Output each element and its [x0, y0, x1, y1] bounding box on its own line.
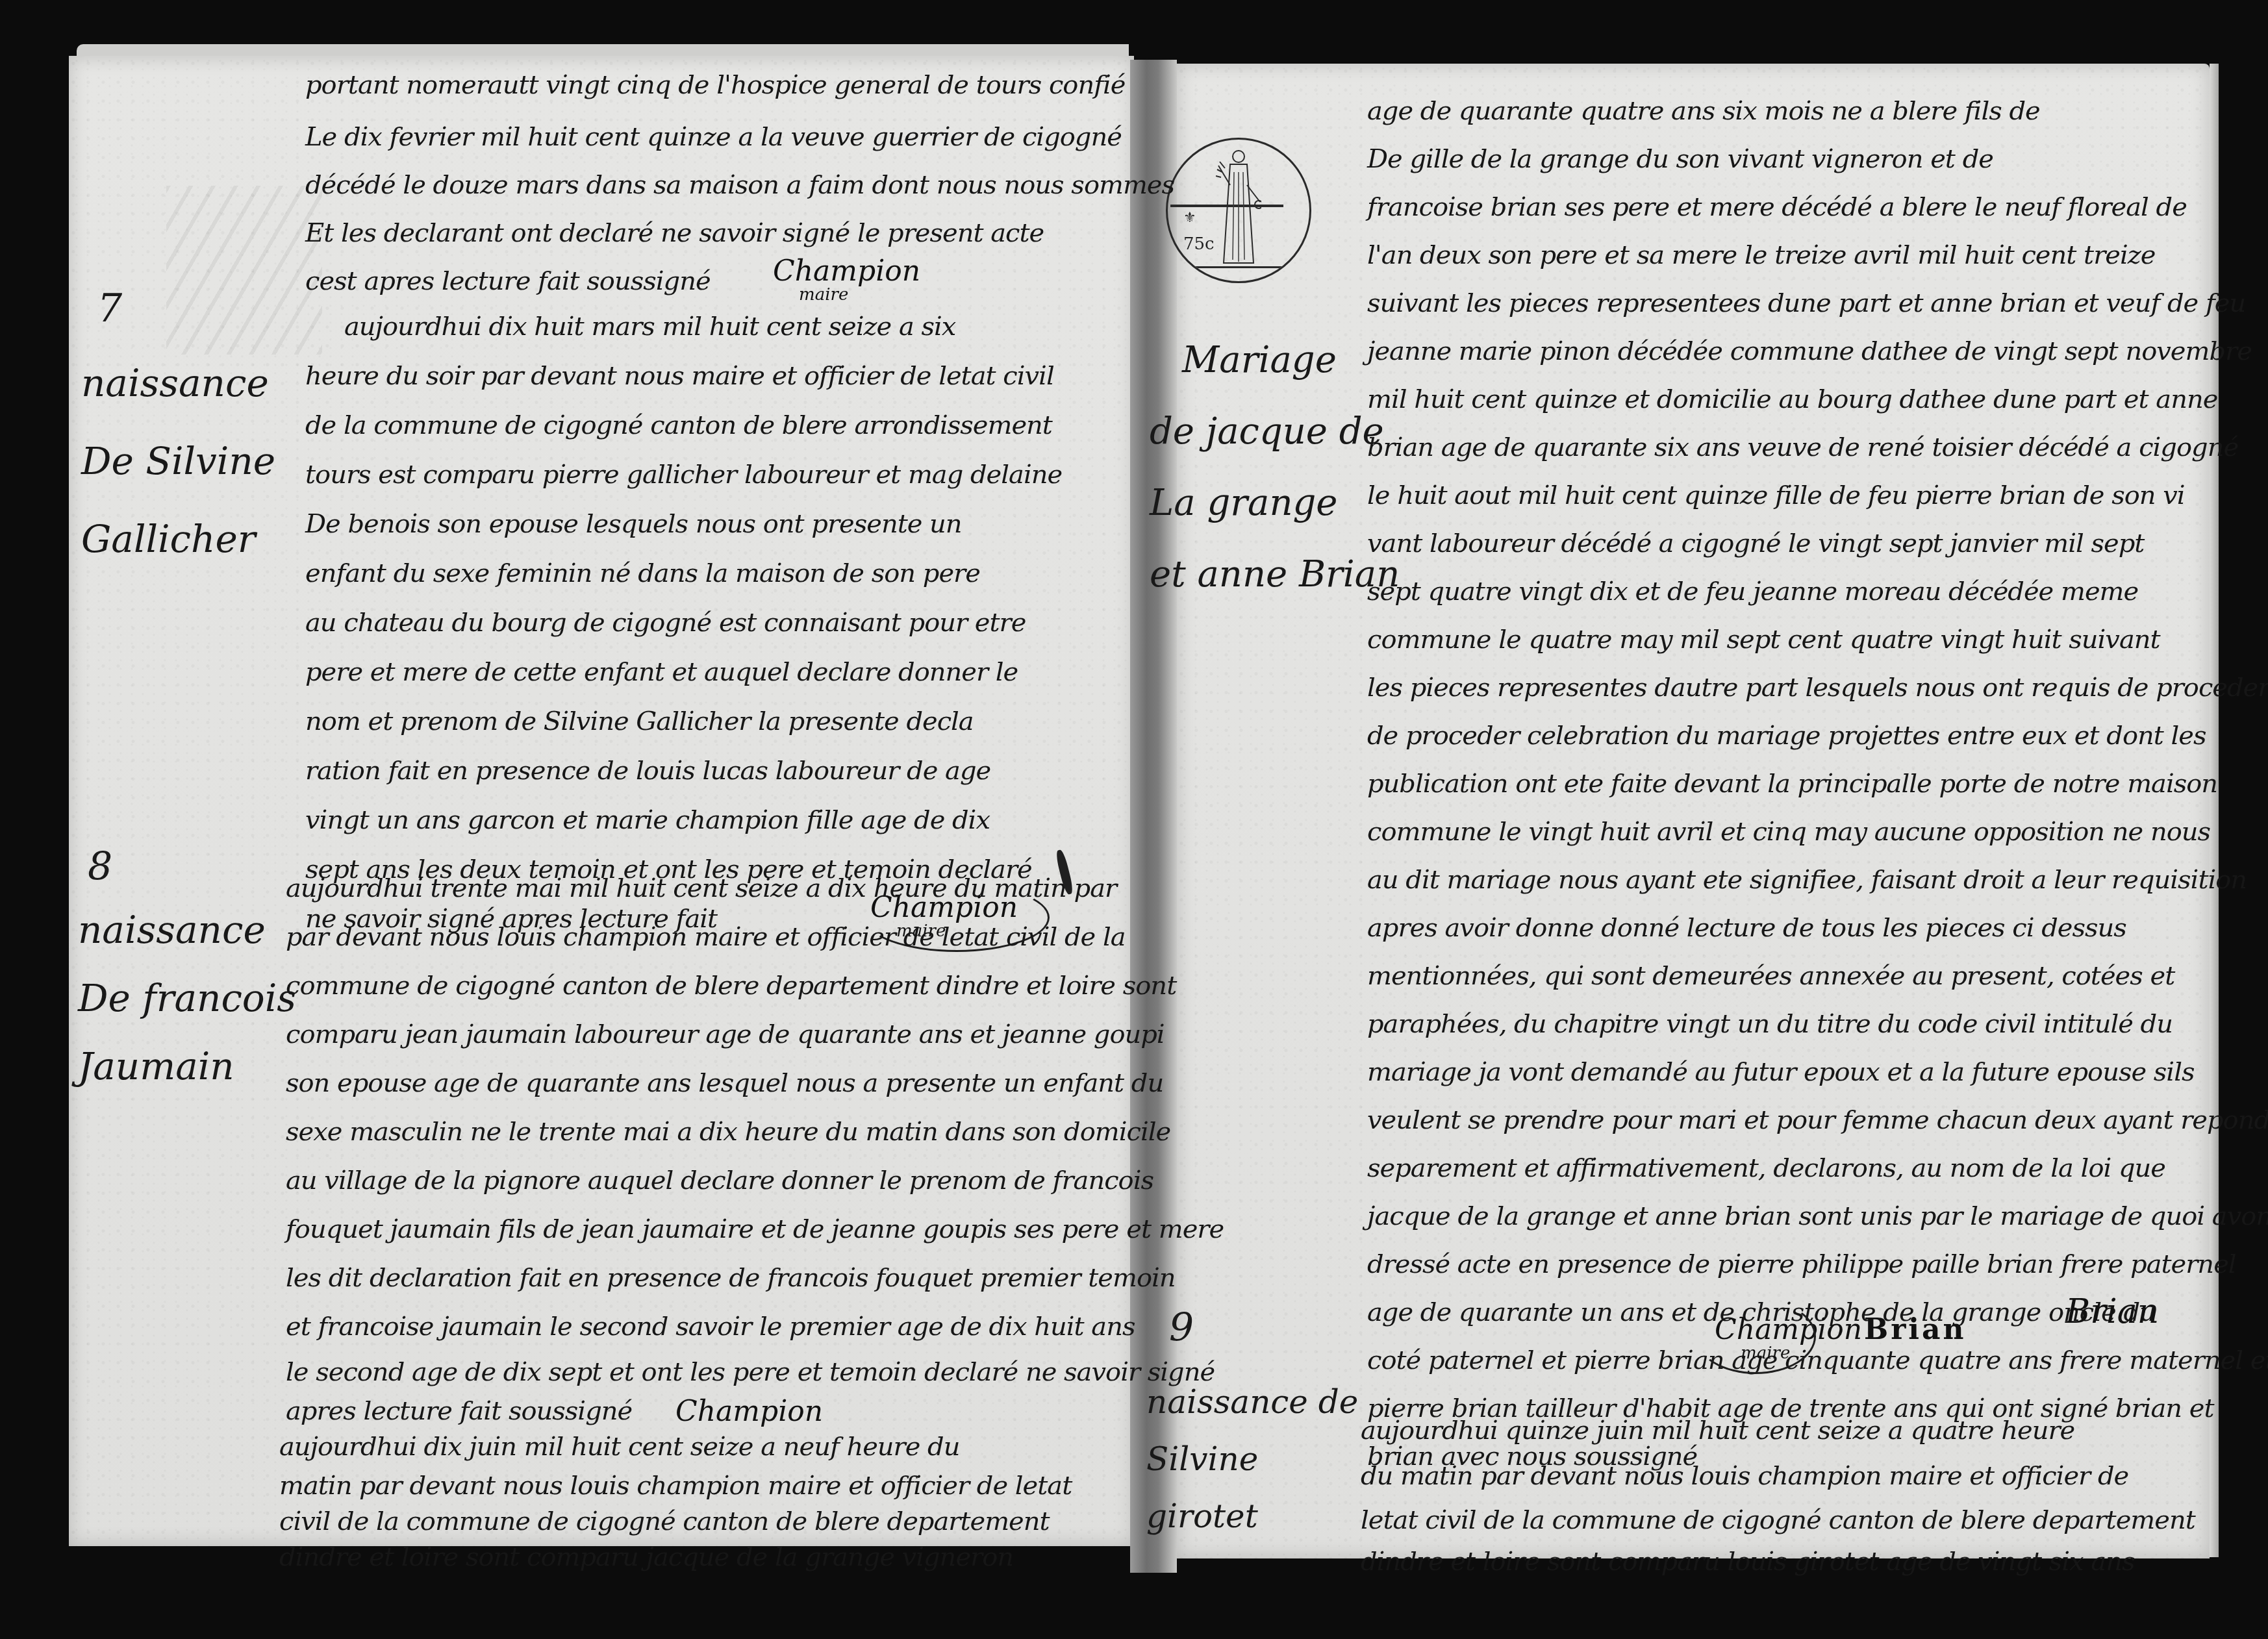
text-line: les dit declaration fait en presence de … [286, 1263, 1176, 1293]
text-line: décédé le douze mars dans sa maison a fa… [305, 170, 1174, 200]
text-line: du matin par devant nous louis champion … [1361, 1461, 2128, 1491]
text-line: dressé acte en presence de pierre philip… [1367, 1249, 2236, 1279]
text-line: separement et affirmativement, declarons… [1367, 1153, 2165, 1183]
text-line: enfant du sexe feminin né dans la maison… [305, 558, 980, 588]
text-line: le huit aout mil huit cent quinze fille … [1367, 481, 2185, 510]
text-line: commune le vingt huit avril et cinq may … [1367, 817, 2210, 847]
text-line: pere et mere de cette enfant et auquel d… [305, 657, 1018, 687]
text-line: commune le quatre may mil sept cent quat… [1367, 625, 2160, 655]
text-line: aujourdhui quinze juin mil huit cent sei… [1361, 1416, 2074, 1445]
witness-signature: Brian [1864, 1313, 1967, 1346]
text-line: par devant nous louis champion maire et … [286, 922, 1126, 952]
text-line: les pieces representes dautre part lesqu… [1367, 673, 2268, 703]
entry-margin-title: naissance De francois Jaumain [78, 896, 296, 1101]
text-line: publication ont ete faite devant la prin… [1367, 769, 2217, 799]
text-line: dindre et loire sont comparu jacque de l… [279, 1542, 1013, 1572]
text-line: aujourdhui dix juin mil huit cent seize … [279, 1432, 959, 1462]
entry-number: 7 [97, 286, 122, 331]
text-line: aujourdhui trente mai mil huit cent seiz… [286, 873, 1116, 903]
text-line: fouquet jaumain fils de jean jaumaire et… [286, 1214, 1224, 1244]
fleur-de-lis-icon: ⚜ [1183, 210, 1196, 226]
entry-number: 9 [1169, 1305, 1194, 1351]
text-line: tours est comparu pierre gallicher labou… [305, 460, 1062, 490]
register-spread: ⚜ 75c portant nomerautt vingt cinq de l'… [0, 0, 2268, 1639]
entry-number: 8 [88, 844, 112, 890]
text-line: age de quarante quatre ans six mois ne a… [1367, 96, 2040, 126]
text-line: l'an deux son pere et sa mere le treize … [1367, 240, 2156, 270]
text-line: aujourdhui dix huit mars mil huit cent s… [344, 312, 955, 342]
text-line: paraphées, du chapitre vingt un du titre… [1367, 1009, 2173, 1039]
text-line: de la commune de cigogné canton de blere… [305, 410, 1052, 440]
text-line: suivant les pieces representees dune par… [1367, 288, 2245, 318]
text-line: jeanne marie pinon décédée commune dathe… [1367, 336, 2252, 366]
text-line: brian age de quarante six ans veuve de r… [1367, 432, 2238, 462]
entry-margin-title: naissance De Silvine Gallicher [81, 344, 275, 578]
mayor-signature: Champion [675, 1395, 823, 1428]
text-line: matin par devant nous louis champion mai… [279, 1471, 1072, 1501]
text-line: au village de la pignore auquel declare … [286, 1166, 1153, 1195]
text-line: Et les declarant ont declaré ne savoir s… [305, 218, 1044, 248]
text-line: veulent se prendre pour mari et pour fem… [1367, 1105, 2268, 1135]
marriage-margin-title: Mariage de jacque de La grange et anne B… [1150, 325, 1400, 610]
text-line: au dit mariage nous ayant ete signifiee,… [1367, 865, 2247, 895]
text-line: portant nomerautt vingt cinq de l'hospic… [305, 70, 1125, 100]
text-line: mentionnées, qui sont demeurées annexée … [1367, 961, 2174, 991]
text-line: sexe masculin ne le trente mai a dix heu… [286, 1117, 1170, 1147]
text-line: et francoise jaumain le second savoir le… [286, 1312, 1135, 1342]
text-line: au chateau du bourg de cigogné est conna… [305, 608, 1026, 638]
text-line: De benois son epouse lesquels nous ont p… [305, 509, 962, 539]
allegory-figure-icon [1216, 146, 1261, 268]
text-line: mil huit cent quinze et domicilie au bou… [1367, 384, 2217, 414]
text-line: vingt un ans garcon et marie champion fi… [305, 805, 990, 835]
text-line: de proceder celebration du mariage proje… [1367, 721, 2206, 751]
entry-margin-title: naissance de Silvine girotet [1146, 1373, 1358, 1545]
text-line: nom et prenom de Silvine Gallicher la pr… [305, 707, 974, 736]
text-line: vant laboureur décédé a cigogné le vingt… [1367, 529, 2144, 558]
stamp-value: 75c [1183, 234, 1215, 254]
text-line: civil de la commune de cigogné canton de… [279, 1507, 1050, 1536]
tax-stamp: ⚜ 75c [1166, 138, 1311, 283]
bleed-through-ink [166, 186, 322, 355]
text-line: letat civil de la commune de cigogné can… [1361, 1505, 2195, 1535]
text-line: comparu jean jaumain laboureur age de qu… [286, 1020, 1165, 1049]
text-line: apres lecture fait soussigné [286, 1396, 632, 1426]
signature-flourish [1695, 1299, 1816, 1374]
text-line: mariage ja vont demandé au futur epoux e… [1367, 1057, 2194, 1087]
mayor-signature: Champion maire [773, 255, 920, 305]
text-line: francoise brian ses pere et mere décédé … [1367, 192, 2187, 222]
text-line: heure du soir par devant nous maire et o… [305, 361, 1054, 391]
text-line: dindre et loire sont comparu louis girot… [1361, 1547, 2134, 1577]
text-line: son epouse age de quarante ans lesquel n… [286, 1068, 1163, 1098]
text-line: De gille de la grange du son vivant vign… [1367, 144, 1993, 174]
text-line: sept quatre vingt dix et de feu jeanne m… [1367, 577, 2138, 607]
text-line: jacque de la grange et anne brian sont u… [1367, 1201, 2268, 1231]
witness-signature: Brian [2065, 1292, 2159, 1331]
text-line: cest apres lecture fait soussigné [305, 266, 711, 296]
right-page-edge [2210, 64, 2219, 1557]
text-line: le second age de dix sept et ont les per… [286, 1357, 1215, 1387]
text-line: commune de cigogné canton de blere depar… [286, 971, 1176, 1001]
text-line: ration fait en presence de louis lucas l… [305, 756, 990, 786]
text-line: Le dix fevrier mil huit cent quinze a la… [305, 122, 1122, 152]
text-line: apres avoir donne donné lecture de tous … [1367, 913, 2126, 943]
